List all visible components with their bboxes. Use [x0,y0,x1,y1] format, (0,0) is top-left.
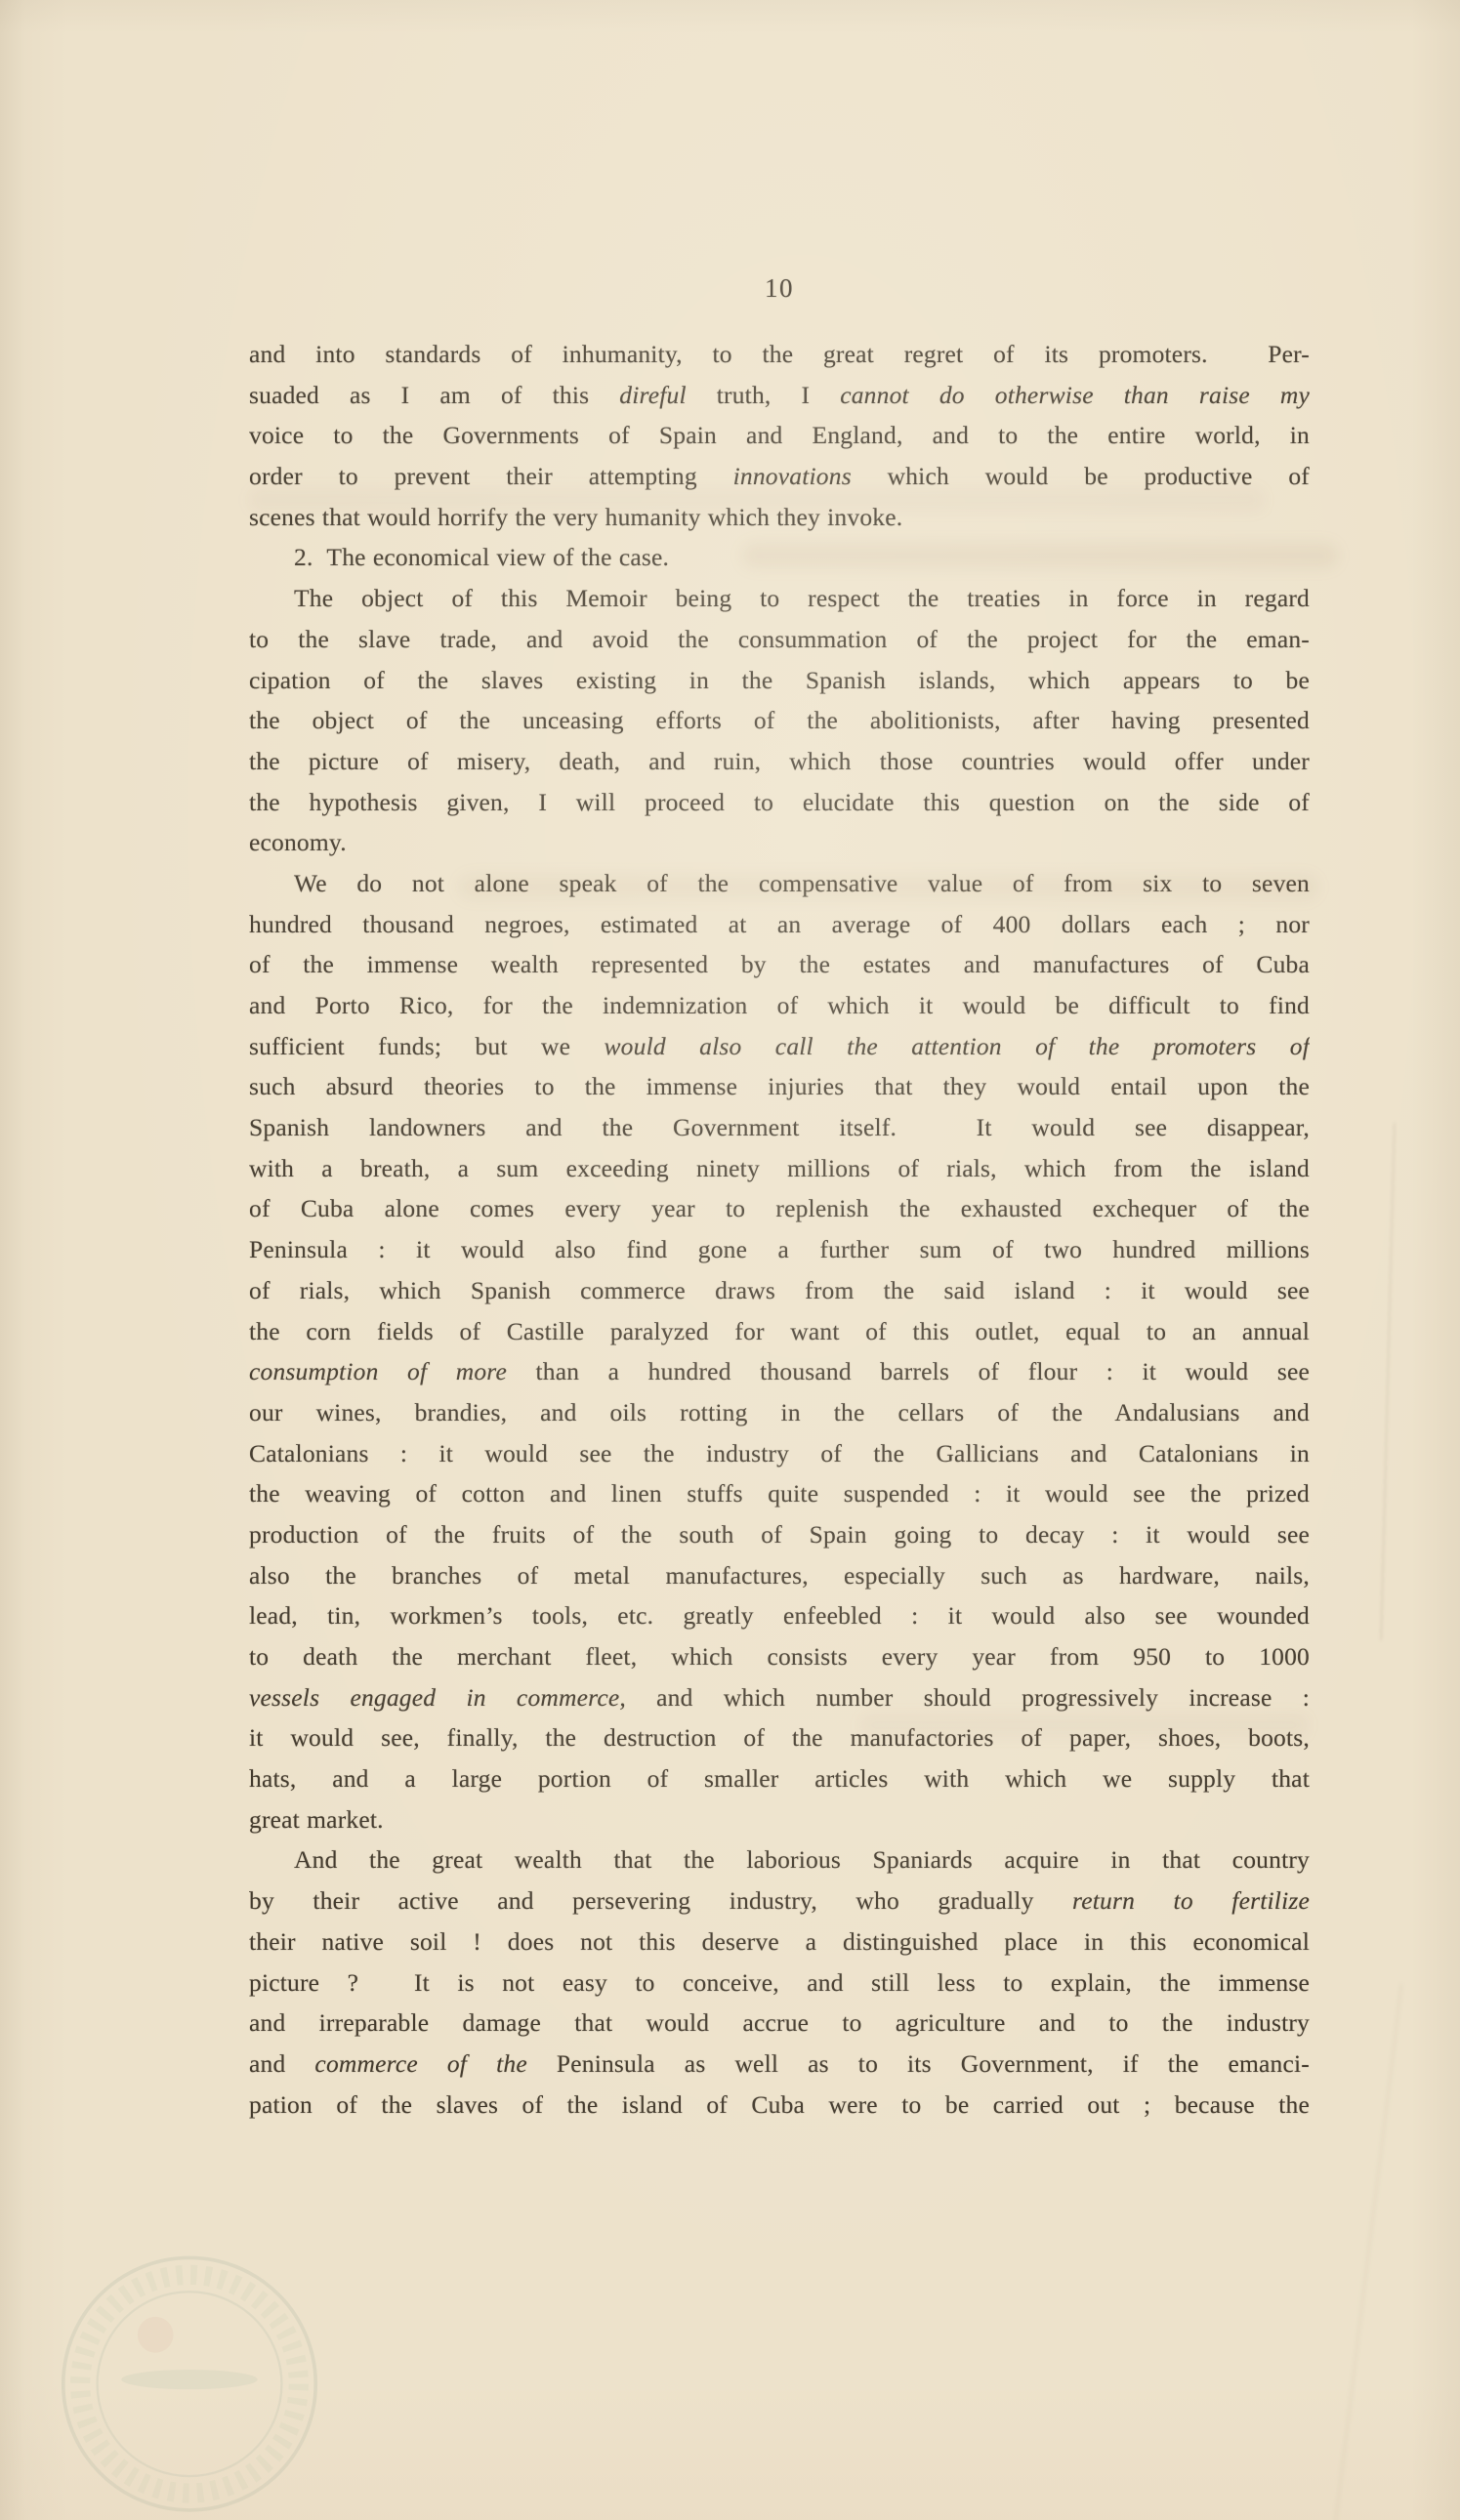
text-line: such absurd theories to the immense inju… [249,1066,1310,1107]
text: voice to the Governments of Spain and En… [249,421,1310,449]
text-line: hats, and a large portion of smaller art… [249,1758,1310,1799]
text: great market. [249,1805,384,1834]
text-line: lead, tin, workmen’s tools, etc. greatly… [249,1595,1310,1636]
italic-text: direful [619,381,686,409]
paragraph: The object of this Memoir being to respe… [249,578,1310,863]
text: Catalonians : it would see the industry … [249,1439,1310,1467]
text: suaded as I am of this [249,381,619,409]
text: truth, I [687,381,840,409]
page-crease [1334,1984,1402,2520]
text-line: the picture of misery, death, and ruin, … [249,741,1310,782]
text-line: sufficient funds; but we would also call… [249,1026,1310,1067]
text-line: to the slave trade, and avoid the consum… [249,619,1310,660]
text: picture ? It is not easy to conceive, an… [249,1968,1310,1997]
text: of Cuba alone comes every year to replen… [249,1194,1310,1222]
text: and which number should progressively in… [626,1683,1310,1712]
scanned-book-page: 10 and into standards of inhumanity, to … [0,0,1460,2520]
text-line: Spanish landowners and the Government it… [249,1107,1310,1148]
text-line: and Porto Rico, for the indemnization of… [249,985,1310,1026]
text-line: economy. [249,822,1310,863]
text: their native soil ! does not this deserv… [249,1927,1310,1956]
text: and irreparable damage that would accrue… [249,2008,1310,2037]
text-line: production of the fruits of the south of… [249,1514,1310,1555]
text: of the immense wealth represented by the… [249,950,1310,978]
text-line: and commerce of the Peninsula as well as… [249,2044,1310,2085]
page-number: 10 [249,273,1310,304]
text: production of the fruits of the south of… [249,1520,1310,1549]
paragraph: and into standards of inhumanity, to the… [249,334,1310,537]
italic-text: vessels engaged in commerce, [249,1683,626,1712]
text-line: Catalonians : it would see the industry … [249,1433,1310,1474]
text-line: the hypothesis given, I will proceed to … [249,782,1310,823]
text: Peninsula as well as to its Government, … [527,2049,1310,2078]
text-line: our wines, brandies, and oils rotting in… [249,1392,1310,1433]
text-line: it would see, finally, the destruction o… [249,1717,1310,1758]
text: pation of the slaves of the island of Cu… [249,2090,1310,2119]
text: lead, tin, workmen’s tools, etc. greatly… [249,1601,1310,1630]
text: the picture of misery, death, and ruin, … [249,747,1310,775]
text-block: and into standards of inhumanity, to the… [249,334,1310,2125]
text-line: We do not alone speak of the compensativ… [249,863,1310,904]
paragraph: And the great wealth that the laborious … [249,1839,1310,2125]
text: the weaving of cotton and linen stuffs q… [249,1479,1310,1508]
text: and Porto Rico, for the indemnization of… [249,991,1310,1019]
text: The object of this Memoir being to respe… [294,584,1310,612]
text-line: of rials, which Spanish commerce draws f… [249,1270,1310,1311]
text-line: voice to the Governments of Spain and En… [249,415,1310,456]
text: of rials, which Spanish commerce draws f… [249,1276,1310,1304]
text-line: the weaving of cotton and linen stuffs q… [249,1473,1310,1514]
text-line: of Cuba alone comes every year to replen… [249,1188,1310,1229]
text: and into standards of inhumanity, to the… [249,340,1310,368]
text: sufficient funds; but we [249,1032,604,1060]
text: hats, and a large portion of smaller art… [249,1764,1310,1793]
text: Spanish landowners and the Government it… [249,1113,1310,1141]
text-line: consumption of more than a hundred thous… [249,1351,1310,1392]
text: And the great wealth that the laborious … [294,1845,1310,1874]
text: our wines, brandies, and oils rotting in… [249,1398,1310,1426]
italic-text: commerce of the [314,2049,526,2078]
text-line: to death the merchant fleet, which consi… [249,1636,1310,1677]
text: hundred thousand negroes, estimated at a… [249,910,1310,938]
text-line: suaded as I am of this direful truth, I … [249,375,1310,416]
text: order to prevent their attempting [249,462,733,490]
text: the object of the unceasing efforts of t… [249,706,1310,734]
text-line: and irreparable damage that would accrue… [249,2003,1310,2044]
text: also the branches of metal manufactures,… [249,1561,1310,1590]
text-line: of the immense wealth represented by the… [249,944,1310,985]
text-line: order to prevent their attempting innova… [249,456,1310,497]
text: Peninsula : it would also find gone a fu… [249,1235,1310,1263]
text-line: And the great wealth that the laborious … [249,1839,1310,1880]
italic-text: innovations [733,462,852,490]
text-line: cipation of the slaves existing in the S… [249,660,1310,701]
text: than a hundred thousand barrels of flour… [507,1357,1310,1385]
text: to the slave trade, and avoid the consum… [249,625,1310,653]
text-line: picture ? It is not easy to conceive, an… [249,1962,1310,2004]
text: with a breath, a sum exceeding ninety mi… [249,1154,1310,1182]
text-line: the corn fields of Castille paralyzed fo… [249,1311,1310,1352]
italic-text: return to fertilize [1072,1886,1310,1915]
text-line: scenes that would horrify the very human… [249,497,1310,538]
text: and [249,2049,314,2078]
text-line: and into standards of inhumanity, to the… [249,334,1310,375]
text: it would see, finally, the destruction o… [249,1723,1310,1752]
text: by their active and persevering industry… [249,1886,1072,1915]
text-line: also the branches of metal manufactures,… [249,1555,1310,1596]
paragraph: We do not alone speak of the compensativ… [249,863,1310,1840]
text: which would be productive of [852,462,1310,490]
text: to death the merchant fleet, which consi… [249,1642,1310,1671]
text: cipation of the slaves existing in the S… [249,666,1310,694]
italic-text: cannot do otherwise than raise my [840,381,1310,409]
text-line: the object of the unceasing efforts of t… [249,700,1310,741]
italic-text: consumption of more [249,1357,507,1385]
text: 2. The economical view of the case. [294,543,669,571]
text: the hypothesis given, I will proceed to … [249,788,1310,816]
text-line: their native soil ! does not this deserv… [249,1921,1310,1962]
text: We do not alone speak of the compensativ… [294,869,1310,897]
text-line: with a breath, a sum exceeding ninety mi… [249,1148,1310,1189]
text-line: pation of the slaves of the island of Cu… [249,2085,1310,2126]
text-line: The object of this Memoir being to respe… [249,578,1310,619]
text: such absurd theories to the immense inju… [249,1072,1310,1100]
page-crease [1380,1123,1396,1640]
italic-text: would also call the attention of the pro… [604,1032,1310,1060]
library-stamp-icon [37,2241,342,2520]
text: economy. [249,828,347,856]
text-line: by their active and persevering industry… [249,1880,1310,1921]
text: the corn fields of Castille paralyzed fo… [249,1317,1310,1345]
text-line: 2. The economical view of the case. [249,537,1310,578]
text-line: great market. [249,1799,1310,1840]
text-line: hundred thousand negroes, estimated at a… [249,904,1310,945]
paragraph: 2. The economical view of the case. [249,537,1310,578]
text-line: Peninsula : it would also find gone a fu… [249,1229,1310,1270]
text: scenes that would horrify the very human… [249,503,902,531]
text-line: vessels engaged in commerce, and which n… [249,1677,1310,1718]
